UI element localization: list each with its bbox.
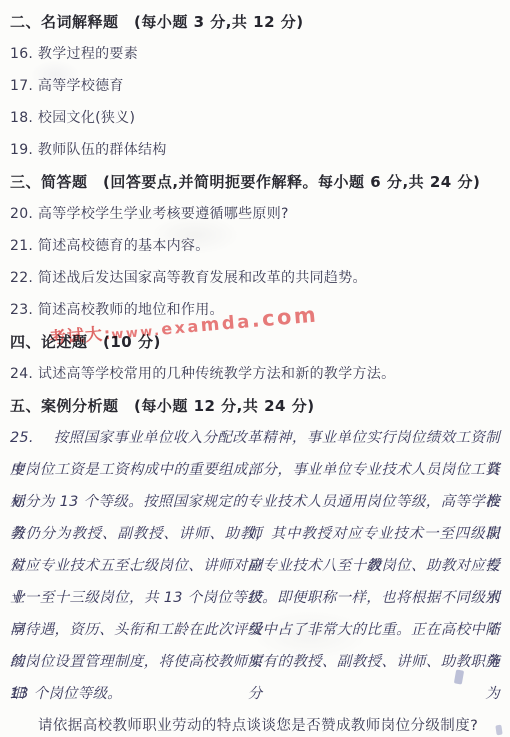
exam-content: 二、名词解释题 (每小题 3 分,共 12 分) 16. 教学过程的要素 17.… — [0, 0, 510, 737]
question-22: 22. 简述战后发达国家高等教育发展和改革的共同趋势。 — [10, 262, 500, 294]
case-paragraph-line: 十一至十三级岗位，共 13 个岗位等级。即便职称一样，也将根据不同级别享受不 — [10, 582, 500, 614]
case-paragraph-line: 务仍分为教授、副教授、讲师、助教，其中教授对应专业技术一至四级岗位、副教授 — [10, 518, 500, 550]
case-paragraph-line: 中岗位工资是工资构成中的重要组成部分，事业单位专业技术人员岗位工资标准 — [10, 454, 500, 486]
question-17: 17. 高等学校德育 — [10, 70, 500, 102]
section-heading-essay: 四、论述题 (10 分) — [10, 326, 500, 358]
question-21: 21. 简述高校德育的基本内容。 — [10, 230, 500, 262]
question-18: 18. 校园文化(狭义) — [10, 102, 500, 134]
case-paragraph-line: 25. 按照国家事业单位收入分配改革精神，事业单位实行岗位绩效工资制度，其 — [10, 422, 500, 454]
case-paragraph-line: 的岗位设置管理制度，将使高校教师原有的教授、副教授、讲师、助教职务细分为 — [10, 646, 500, 678]
section-heading-short-answer: 三、简答题 (回答要点,并简明扼要作解释。每小题 6 分,共 24 分) — [10, 166, 500, 198]
case-paragraph-line: 同待遇，资历、头衔和工龄在此次评级中占了非常大的比重。正在高校中陆续实施 — [10, 614, 500, 646]
question-23: 23. 简述高校教师的地位和作用。 — [10, 294, 500, 326]
question-24: 24. 试述高等学校常用的几种传统教学方法和新的教学方法。 — [10, 358, 500, 390]
question-19: 19. 教师队伍的群体结构 — [10, 134, 500, 166]
case-question-25: 请依据高校教师职业劳动的特点谈谈您是否赞成教师岗位分级制度? — [10, 710, 500, 737]
section-heading-case-analysis: 五、案例分析题 (每小题 12 分,共 24 分) — [10, 390, 500, 422]
question-20: 20. 高等学校学生学业考核要遵循哪些原则? — [10, 198, 500, 230]
case-paragraph-line: 对应专业技术五至七级岗位、讲师对应专业技术八至十级岗位、助教对应专业技术 — [10, 550, 500, 582]
section-heading-definitions: 二、名词解释题 (每小题 3 分,共 12 分) — [10, 6, 500, 38]
case-paragraph-line: 划分为 13 个等级。按照国家规定的专业技术人员通用岗位等级，高等学校教师职 — [10, 486, 500, 518]
question-16: 16. 教学过程的要素 — [10, 38, 500, 70]
exam-paper-scan: 二、名词解释题 (每小题 3 分,共 12 分) 16. 教学过程的要素 17.… — [0, 0, 510, 737]
